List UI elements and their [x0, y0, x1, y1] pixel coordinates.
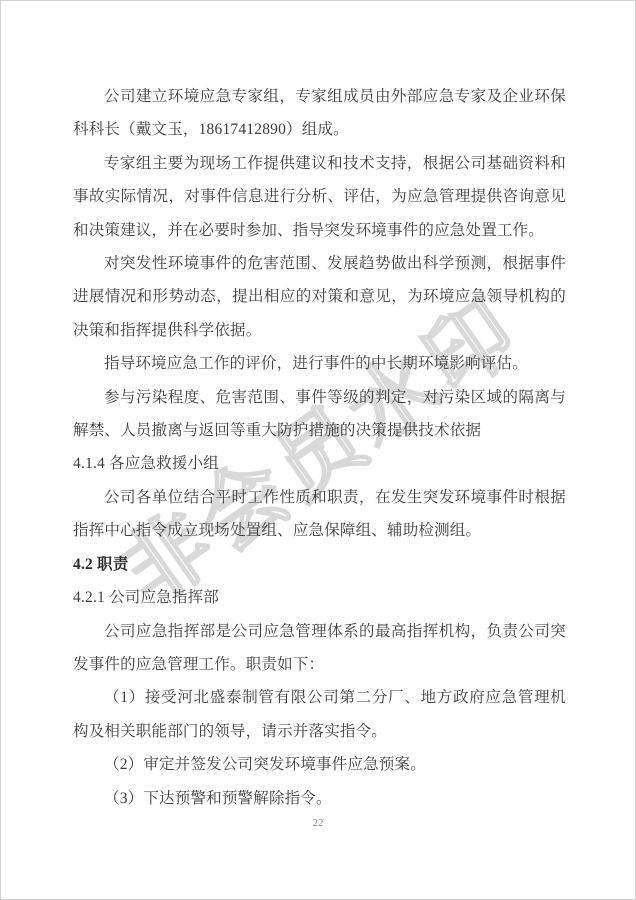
paragraph-expert-duties: 专家组主要为现场工作提供建议和技术支持，根据公司基础资料和事故实际情况，对事件信… [73, 147, 566, 247]
numbered-item-1: （1）接受河北盛泰制管有限公司第二分厂、地方政府应急管理机构及相关职能部门的领导… [73, 681, 566, 748]
paragraph-rescue-teams: 公司各单位结合平时工作性质和职责，在发生突发环境事件时根据指挥中心指令成立现场处… [73, 481, 566, 548]
paragraph-command-center: 公司应急指挥部是公司应急管理体系的最高指挥机构，负责公司突发事件的应急管理工作。… [73, 615, 566, 682]
numbered-item-3: （3）下达预警和预警解除指令。 [73, 782, 566, 815]
paragraph-expert-group: 公司建立环境应急专家组，专家组成员由外部应急专家及企业环保科科长（戴文玉，186… [73, 80, 566, 147]
page-number: 22 [1, 817, 635, 829]
paragraph-pollution-judgement: 参与污染程度、危害范围、事件等级的判定，对污染区域的隔离与解禁、人员撤离与返回等… [73, 381, 566, 448]
numbered-item-2: （2）审定并签发公司突发环境事件应急预案。 [73, 748, 566, 781]
paragraph-evaluation: 指导环境应急工作的评价，进行事件的中长期环境影响评估。 [73, 347, 566, 380]
document-content: 公司建立环境应急专家组，专家组成员由外部应急专家及企业环保科科长（戴文玉，186… [73, 80, 566, 815]
document-page: 非会员水印 公司建立环境应急专家组，专家组成员由外部应急专家及企业环保科科长（戴… [0, 0, 636, 900]
section-heading-4-1-4: 4.1.4 各应急救援小组 [73, 447, 566, 480]
paragraph-prediction: 对突发性环境事件的危害范围、发展趋势做出科学预测，根据事件进展情况和形势动态，提… [73, 247, 566, 347]
section-heading-4-2-1: 4.2.1 公司应急指挥部 [73, 581, 566, 614]
section-heading-4-2: 4.2 职责 [73, 548, 566, 581]
